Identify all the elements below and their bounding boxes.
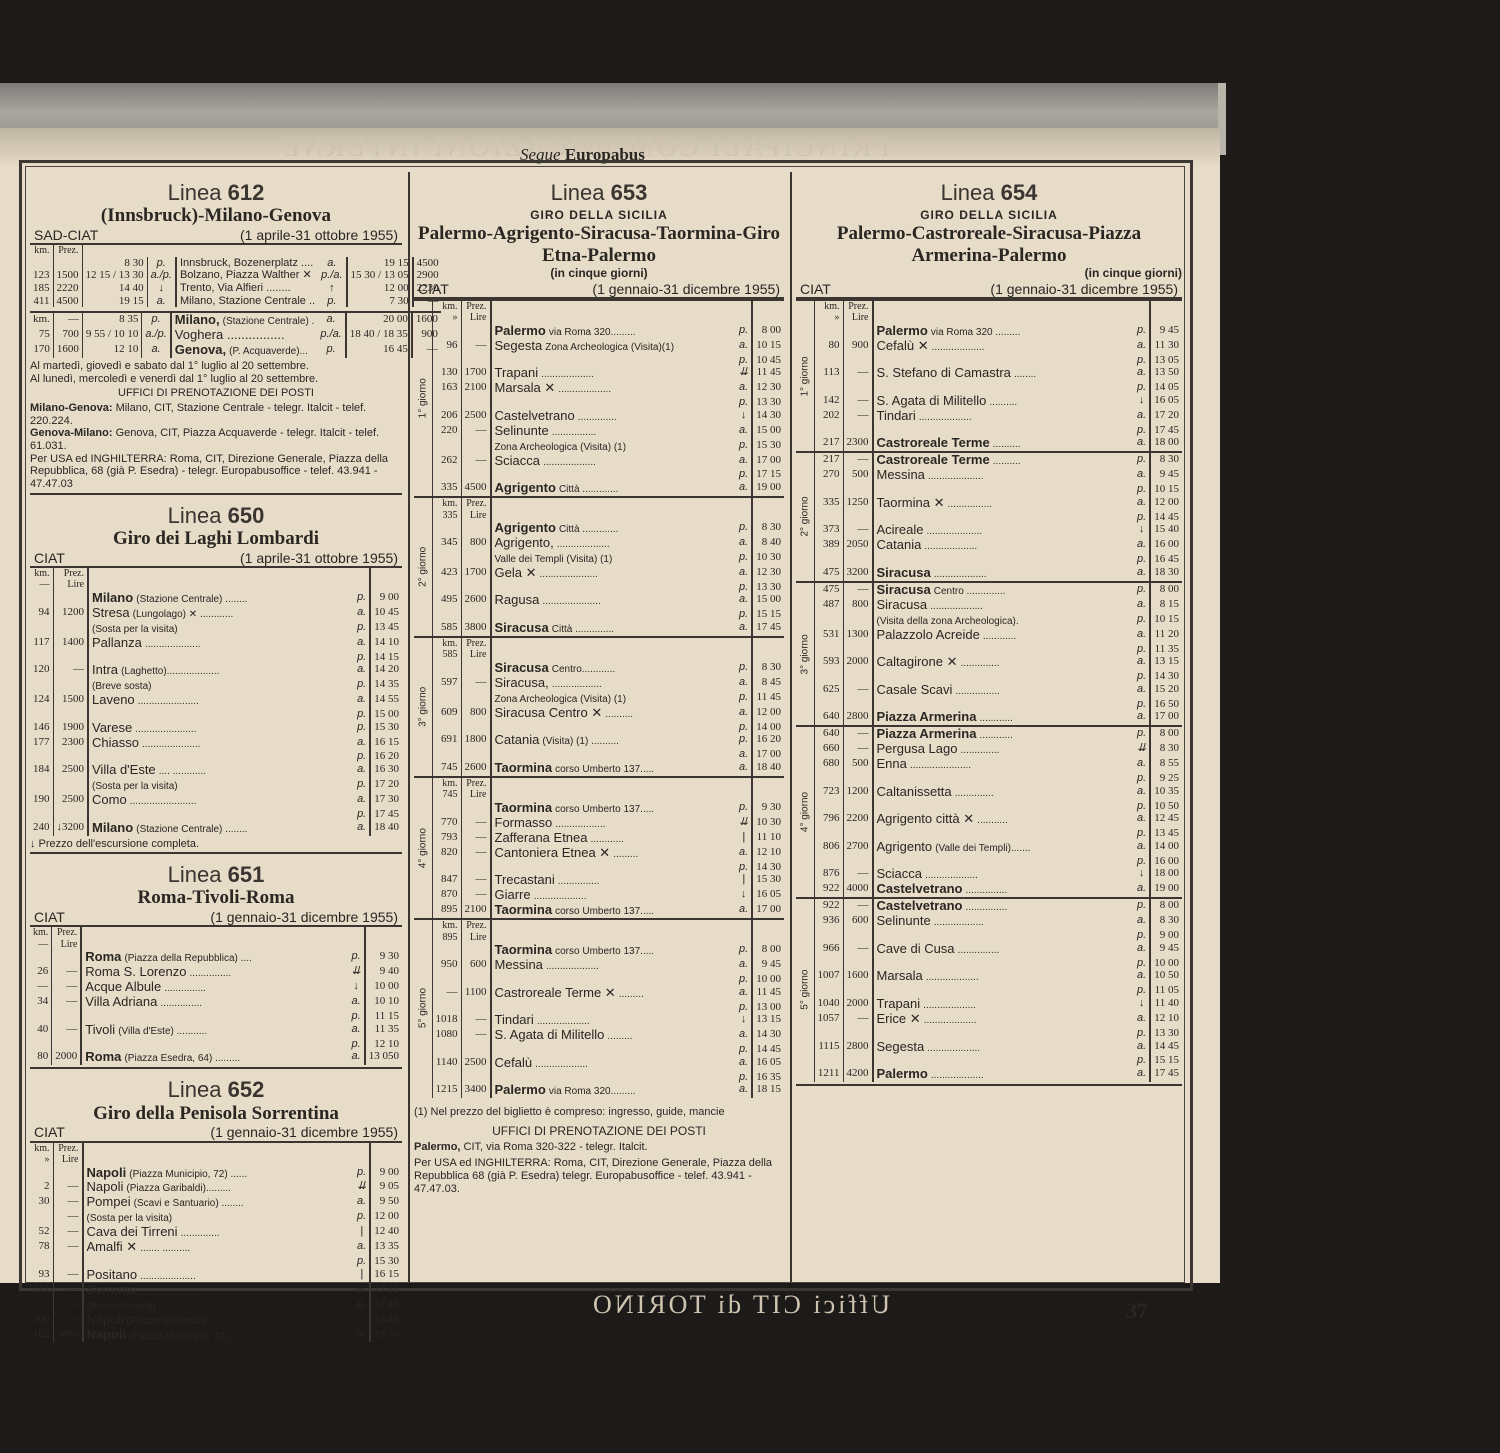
time-cell: 17 00 — [752, 748, 784, 761]
station-note: (Sosta per la visita) — [92, 781, 178, 792]
km-header: km.585 — [432, 637, 461, 661]
station-note: ............... — [966, 885, 1008, 896]
time-cell: 16 20 — [752, 733, 784, 748]
time-header — [752, 637, 784, 661]
table-row: p.16 45 — [796, 553, 1182, 566]
table-row: 96—Segesta Zona Archeologica (Visita)(1)… — [414, 339, 784, 354]
station-name: Napoli — [87, 1312, 124, 1327]
km-sub: — — [33, 939, 48, 951]
table-row: 847—Trecastani ...............|15 30 — [414, 873, 784, 888]
time-cell: 14 20 — [370, 663, 402, 678]
station-note: (Sosta per la visita) — [92, 624, 178, 635]
price-cell — [843, 483, 873, 496]
offices-title: UFFICI DI PRENOTAZIONE DEI POSTI — [414, 1125, 784, 1139]
price-cell — [461, 439, 491, 454]
station-note: (Visita) (1) .......... — [542, 736, 619, 747]
table-row: 26—Roma S. Lorenzo ...............⇊9 40 — [30, 965, 402, 980]
time-cell: 13 45 — [370, 621, 402, 636]
arr-dep-mark: a. — [354, 606, 370, 621]
station-cell: Siracusa ................... — [873, 566, 1135, 582]
price-cell: — — [53, 1225, 83, 1240]
arr-dep-mark: p. — [1134, 1027, 1150, 1040]
km-cell — [432, 691, 461, 706]
price-cell: 600 — [843, 914, 873, 929]
price-cell: — — [461, 888, 491, 903]
time-cell: 14 45 — [752, 1043, 784, 1056]
station-name: Pergusa Lago — [877, 741, 958, 756]
price-label: Prez. — [847, 301, 869, 313]
price-cell: — — [843, 453, 873, 468]
section-rule — [30, 493, 402, 495]
arr-dep-mark: a. — [1134, 942, 1150, 957]
table-row: 93—Positano ....................|16 15 — [30, 1268, 402, 1283]
km-cell — [432, 861, 461, 874]
price-cell: 2800 — [843, 1040, 873, 1055]
time-cell: 17 20 — [370, 778, 402, 793]
km-cell: 120 — [30, 663, 53, 678]
table-row: Siracusa Centro............p.8 30 — [414, 661, 784, 676]
arr-dep-mark: a. — [736, 481, 752, 497]
price-cell: — — [843, 366, 873, 381]
km-cell: 597 — [432, 676, 461, 691]
price-cell: 2300 — [843, 436, 873, 452]
price-cell — [461, 861, 491, 874]
km-cell: 130 — [432, 366, 461, 381]
operator: CIAT — [800, 281, 831, 297]
km-cell — [30, 750, 53, 763]
price-cell: 1800 — [461, 733, 491, 748]
table-row: 609800Siracusa Centro ✕ ..........a.12 0… — [414, 706, 784, 721]
km-cell — [814, 670, 843, 683]
office-details: Per USA ed INGHILTERRA: Roma, CIT, Direz… — [30, 453, 388, 490]
time-cell: 11 40 — [1150, 997, 1182, 1012]
station-note: ............ — [980, 713, 1013, 724]
km-cell: 723 — [814, 785, 843, 800]
station-name: Intra — [92, 662, 118, 677]
table-row: p.9 00 — [796, 929, 1182, 942]
km-cell: km. — [30, 312, 53, 328]
station-cell: Cava dei Tirreni .............. — [83, 1225, 355, 1240]
station-note: ............... — [160, 998, 202, 1009]
table-row: Zona Archeologica (Visita) (1)p.11 45 — [414, 691, 784, 706]
station-cell: Napoli (Piazza Municipio, 72) ...... — [83, 1166, 355, 1181]
time-cell: 9 00 — [370, 1166, 402, 1181]
km-label: km. — [436, 498, 458, 510]
arr-dep-mark: p. — [1134, 553, 1150, 566]
station-cell: Roma S. Lorenzo ............... — [81, 965, 348, 980]
day-header-row: 3° giornokm.585Prez.Lire — [414, 637, 784, 661]
km-cell: 177 — [30, 736, 53, 751]
footnote: Al martedì, giovedì e sabato dal 1° lugl… — [30, 360, 402, 373]
time-cell: 16 05 — [752, 1056, 784, 1071]
price-cell: — — [461, 816, 491, 831]
price-cell: 1700 — [461, 366, 491, 381]
time-cell: 10 35 — [1150, 785, 1182, 800]
table-row: 1902500Como ........................a.17… — [30, 793, 402, 808]
station-name: Taormina — [495, 902, 553, 917]
arr-dep-mark: p. — [354, 721, 370, 736]
table-row: 950600Messina ...................a.9 45 — [414, 958, 784, 973]
station-note: ................... — [925, 870, 978, 881]
price-sub: Lire — [57, 579, 85, 591]
station-cell: Castelvetrano .............. — [491, 409, 737, 424]
km-label: km. — [436, 778, 458, 790]
km-cell — [814, 929, 843, 942]
station-note: .............. — [961, 658, 1000, 669]
station-name: Milano, — [175, 312, 220, 327]
price-cell: ↓3200 — [53, 821, 88, 836]
arr-dep-mark: p. — [349, 950, 365, 965]
station-cell: Milano (Stazione Centrale) ........ — [88, 591, 354, 606]
price-cell: — — [53, 1240, 83, 1255]
price-cell — [843, 772, 873, 785]
station-note: (P. Acquaverde)... — [229, 346, 308, 357]
price-header: Prez.Lire — [461, 637, 491, 661]
station-cell: Agrigento (Valle dei Templi)....... — [873, 840, 1135, 855]
station-note: ........................ — [130, 796, 197, 807]
station-name: Villa Adriana — [85, 994, 157, 1009]
arr-dep-mark: a. — [1134, 757, 1150, 772]
station-note: ................... — [919, 412, 972, 423]
table-row: 680500Enna ......................a.8 55 — [796, 757, 1182, 772]
price-cell: — — [461, 339, 491, 354]
station-cell: Napoli (Piazza Garibaldi)......... — [83, 1180, 355, 1195]
km-cell: 160 — [30, 1313, 53, 1328]
km-cell: 94 — [30, 606, 53, 621]
arr-dep-mark: p. — [354, 591, 370, 606]
table-row: km.—8 35p.Milano, (Stazione Centrale) .a… — [30, 312, 441, 328]
arr-dep-mark: p. — [736, 396, 752, 409]
station-cell: Villa Adriana ............... — [81, 995, 348, 1010]
km-cell: 217 — [814, 453, 843, 468]
timetable-650: km.—Prez.LireMilano (Stazione Centrale) … — [30, 568, 402, 836]
station-name: Castroreale Terme — [877, 452, 990, 467]
station-note: ...................... — [138, 696, 199, 707]
table-row: 52—Cava dei Tirreni ..............|12 40 — [30, 1225, 402, 1240]
table-row: 936600Selinunte ..................a.8 30 — [796, 914, 1182, 929]
station-cell: Castroreale Terme .......... — [873, 453, 1135, 468]
station-note: ...................... — [135, 724, 196, 735]
table-row: (Breve sosta)p.14 35 — [30, 678, 402, 693]
km-cell — [30, 708, 53, 721]
table-row: —1100Castroreale Terme ✕ .........a.11 4… — [414, 986, 784, 1001]
table-row: (Sosta per la visita)p.13 45 — [30, 621, 402, 636]
station-name: Selinunte — [495, 423, 549, 438]
price-cell: — — [461, 1028, 491, 1043]
price-header: Prez.Lire — [53, 568, 88, 591]
day-header-row: 5° giornokm.895Prez.Lire — [414, 919, 784, 943]
station-name: Catania — [877, 537, 922, 552]
station-note: .................. — [934, 917, 984, 928]
station-cell: Marsala ✕ ................... — [491, 381, 737, 396]
km-cell: 966 — [814, 942, 843, 957]
time-cell: 15 30 — [370, 1255, 402, 1268]
day-label: 5° giorno — [796, 898, 814, 1082]
table-row: p.10 45 — [414, 354, 784, 367]
arr-dep-mark: | — [736, 873, 752, 888]
station-cell: Taormina corso Umberto 137..... — [491, 903, 737, 919]
table-row: 3354500Agrigento Città .............a.19… — [414, 481, 784, 497]
km-header: km.» — [432, 300, 461, 324]
arr-dep-mark: p. — [736, 551, 752, 566]
station-note: (Piazza Esedra, 64) ......... — [124, 1053, 240, 1064]
station-note: (Valle dei Templi)....... — [935, 843, 1030, 854]
table-row: 113—S. Stefano di Camastra ........a.13 … — [796, 366, 1182, 381]
km-cell — [30, 778, 53, 793]
time-cell: 16 00 — [1150, 538, 1182, 553]
km-cell: 796 — [814, 812, 843, 827]
km-cell: — — [432, 986, 461, 1001]
price-label: Prez. — [57, 1143, 79, 1155]
km-cell: 640 — [814, 727, 843, 742]
km-cell: 423 — [432, 566, 461, 581]
time-cell: 12 00 — [1150, 496, 1182, 511]
km-cell: 922 — [814, 899, 843, 914]
km-cell — [432, 973, 461, 986]
time-cell: 13 15 — [752, 1013, 784, 1028]
time-cell: 10 30 — [752, 551, 784, 566]
table-row: 345800Agrigento, ...................a.8 … — [414, 536, 784, 551]
column-divider — [790, 172, 792, 1282]
table-row: p.13 30 — [796, 1027, 1182, 1040]
validity: (1 aprile-31 ottobre 1955) — [240, 550, 398, 566]
price-cell — [53, 257, 82, 270]
arr-dep-mark: p. — [1134, 511, 1150, 524]
km-sub: » — [818, 312, 840, 324]
table-row: p.11 35 — [796, 643, 1182, 656]
price-cell: 900 — [843, 339, 873, 354]
table-row: 1080—S. Agata di Militello .........a.14… — [414, 1028, 784, 1043]
station-cell: Cefalù ✕ ................... — [873, 339, 1135, 354]
arr-dep-mark: a. — [1134, 538, 1150, 553]
station-cell: Como ........................ — [88, 793, 354, 808]
arr-dep-mark: p. — [354, 1210, 370, 1225]
time-cell: 17 45 — [1150, 1067, 1182, 1082]
km-cell — [814, 1054, 843, 1067]
price-cell: 600 — [461, 958, 491, 973]
km-cell — [432, 551, 461, 566]
km-cell: 1007 — [814, 969, 843, 984]
arr-dep-mark: p. — [736, 468, 752, 481]
mark-header — [736, 637, 752, 661]
price-cell: 2100 — [461, 381, 491, 396]
price-cell: 500 — [843, 757, 873, 772]
table-row: 1842500Villa d'Este .... ............a.1… — [30, 763, 402, 778]
time-cell: 17 45 — [370, 1298, 402, 1313]
price-cell: 800 — [461, 536, 491, 551]
price-cell: 1500 — [53, 269, 82, 282]
price-cell: — — [843, 899, 873, 914]
station-name: Castelvetrano — [877, 881, 963, 896]
station-cell: Laveno ...................... — [88, 693, 354, 708]
day-label: 2° giorno — [796, 452, 814, 582]
time-header — [370, 1143, 402, 1166]
station-note: ................... — [934, 569, 987, 580]
station-note: .......... — [993, 456, 1021, 467]
price-cell — [53, 651, 88, 664]
table-row: p.16 50 — [796, 698, 1182, 711]
km-cell — [432, 354, 461, 367]
arr-dep-mark: a. — [736, 424, 752, 439]
station-note: ................... — [546, 961, 599, 972]
table-row: Taormina corso Umberto 137.....p.8 00 — [414, 943, 784, 958]
station-cell: Positano .................... — [83, 1268, 355, 1283]
outbound-time: 12 15 / 13 30 — [82, 269, 147, 282]
arr-dep-mark: a. — [736, 761, 752, 777]
km-cell: 30 — [30, 1195, 53, 1210]
time-header — [370, 568, 402, 591]
arr-dep-mark: a. — [736, 593, 752, 608]
station-header — [873, 300, 1135, 324]
table-header: km.»Prez.Lire — [30, 1143, 402, 1166]
table-row: 240↓3200Milano (Stazione Centrale) .....… — [30, 821, 402, 836]
time-cell: 14 45 — [1150, 1040, 1182, 1055]
km-cell — [432, 1001, 461, 1014]
station-name: Messina — [495, 957, 543, 972]
km-cell: 691 — [432, 733, 461, 748]
km-cell: 80 — [30, 1050, 52, 1065]
station-name: Tindari — [877, 408, 916, 423]
arr-dep-mark: a. — [736, 621, 752, 637]
km-cell: 1080 — [432, 1028, 461, 1043]
station-cell: Trapani ................... — [873, 997, 1135, 1012]
km-cell: 936 — [814, 914, 843, 929]
station-note: Valle dei Templi (Visita) (1) — [495, 554, 613, 565]
station-cell: Enna ...................... — [873, 757, 1135, 772]
time-cell: 9 50 — [370, 1195, 402, 1210]
arr-dep-mark: p. — [318, 295, 346, 308]
arr-dep-mark: a. — [1134, 496, 1150, 511]
arr-dep-mark: a. — [736, 706, 752, 721]
station-cell: Agrigento Città ............. — [491, 521, 737, 536]
price-cell — [843, 670, 873, 683]
km-sub: — — [33, 579, 50, 591]
arr-dep-mark: a. — [349, 995, 365, 1010]
price-cell — [461, 581, 491, 594]
operator-validity: CIAT(1 gennaio-31 dicembre 1955) — [30, 1124, 402, 1142]
km-sub: 335 — [436, 510, 458, 522]
arr-dep-mark: p. — [1134, 957, 1150, 970]
price-cell: — — [843, 683, 873, 698]
km-cell: 373 — [814, 523, 843, 538]
station-cell: Voghera ................ — [171, 328, 318, 343]
arr-dep-mark: ↓ — [736, 409, 752, 424]
table-row: p.14 30 — [796, 670, 1182, 683]
table-row: 80900Cefalù ✕ ...................a.11 30 — [796, 339, 1182, 354]
station-name: Siracusa — [495, 660, 549, 675]
km-cell — [814, 772, 843, 785]
day-label: 4° giorno — [796, 726, 814, 898]
km-cell: 475 — [814, 583, 843, 598]
arr-dep-mark: a. — [736, 1083, 752, 1098]
column-left: Linea 612 (Innsbruck)-Milano-Genova SAD-… — [30, 180, 402, 1342]
km-cell — [814, 511, 843, 524]
time-cell: 16 15 — [370, 736, 402, 751]
price-cell: 1700 — [461, 566, 491, 581]
station-name: Roma — [85, 949, 121, 964]
time-cell: 14 45 — [1150, 511, 1182, 524]
time-cell: 14 30 — [752, 409, 784, 424]
table-row: 6911800Catania (Visita) (1) ..........p.… — [414, 733, 784, 748]
station-name: Varese — [92, 720, 132, 735]
km-header: km.895 — [432, 919, 461, 943]
return-time: 19 15 — [347, 257, 413, 270]
line-title: Linea 653 — [414, 180, 784, 205]
table-row: 160—Napoli (Piazza Garibaldi) ..........… — [30, 1313, 402, 1328]
time-cell: 10 15 — [1150, 483, 1182, 496]
station-note: .............. — [578, 412, 617, 423]
time-cell: 17 00 — [752, 454, 784, 469]
station-cell: Castroreale Terme .......... — [873, 436, 1135, 452]
time-cell: 14 30 — [752, 1028, 784, 1043]
price-cell — [461, 324, 491, 339]
price-header: Prez.Lire — [461, 919, 491, 943]
station-name: Giarre — [495, 887, 531, 902]
arr-dep-mark: p. — [354, 1298, 370, 1313]
km-cell — [432, 608, 461, 621]
price-cell — [461, 721, 491, 734]
table-row: 111—Sorrento ....................a.17 15 — [30, 1283, 402, 1298]
station-note: ................... — [926, 972, 979, 983]
time-cell: 12 10 — [1150, 1012, 1182, 1027]
arr-dep-mark: a. — [1134, 436, 1150, 452]
price-cell: 4500 — [461, 481, 491, 497]
station-name: Siracusa — [877, 597, 928, 612]
km-cell: 26 — [30, 965, 52, 980]
station-note: .... ............ — [159, 766, 206, 777]
km-cell: 124 — [30, 693, 53, 708]
time-cell: 9 45 — [1150, 468, 1182, 483]
footnote: ↓ Prezzo dell'escursione completa. — [30, 838, 402, 851]
price-cell: — — [461, 1013, 491, 1028]
station-cell: Agrigento città ✕ ........... — [873, 812, 1135, 827]
arr-dep-mark: a. — [354, 736, 370, 751]
station-note: ................... — [930, 601, 983, 612]
price-cell: 2800 — [843, 710, 873, 726]
km-header: km.» — [30, 1143, 53, 1166]
price-cell: 4200 — [843, 1067, 873, 1082]
km-cell: 146 — [30, 721, 53, 736]
arr-dep-mark: p. — [1134, 381, 1150, 394]
arr-dep-mark: p. — [1134, 643, 1150, 656]
station-name: Bolzano, Piazza Walther ✕ — [176, 269, 318, 282]
price-sub: Lire — [465, 932, 487, 944]
km-cell: 389 — [814, 538, 843, 553]
time-cell: 8 00 — [1150, 899, 1182, 914]
price-cell: 2050 — [843, 538, 873, 553]
time-cell: 9 45 — [1150, 324, 1182, 339]
station-cell: Tivoli (Villa d'Este) ........... — [81, 1023, 348, 1038]
km-sub: 895 — [436, 932, 458, 944]
operator-validity: CIAT(1 gennaio-31 dicembre 1955) — [30, 909, 402, 927]
day-label: 5° giorno — [414, 919, 432, 1098]
arr-dep-mark: ⇊ — [736, 816, 752, 831]
station-note: ................... — [927, 1043, 980, 1054]
arr-dep-mark: p. — [736, 581, 752, 594]
km-cell: 75 — [30, 328, 53, 343]
arr-dep-mark: a. — [1134, 840, 1150, 855]
price-cell: 1600 — [843, 969, 873, 984]
arr-dep-mark: p. — [349, 1038, 365, 1051]
km-cell: 52 — [30, 1225, 53, 1240]
station-name: Zafferana Etnea — [495, 830, 588, 845]
price-cell — [843, 1054, 873, 1067]
price-cell: 1400 — [53, 636, 88, 651]
time-cell: 10 00 — [752, 973, 784, 986]
km-cell — [30, 1038, 52, 1051]
arr-dep-mark: | — [354, 1268, 370, 1283]
time-cell: 8 00 — [752, 324, 784, 339]
